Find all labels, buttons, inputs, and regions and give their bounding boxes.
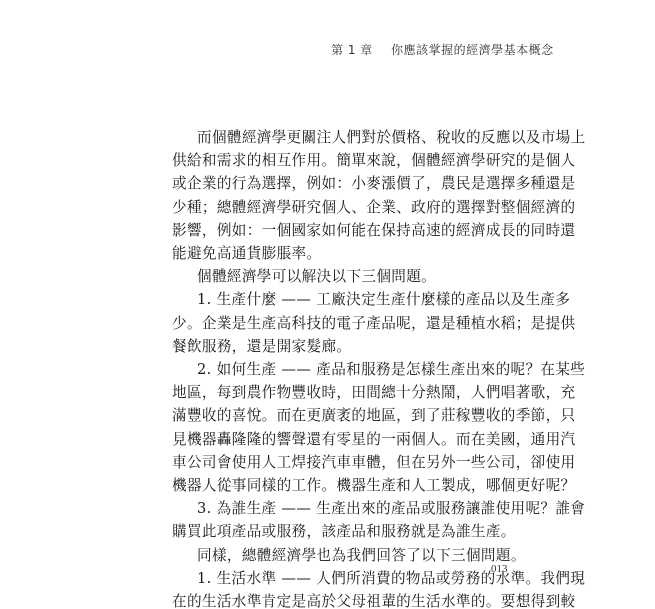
text-line: 2. 如何生產 —— 產品和服務是怎樣生產出來的呢？在某些 [172, 358, 512, 381]
page-number: 013 [491, 563, 508, 575]
text-line: 在的生活水準肯定是高於父母祖輩的生活水準的。要想得到較 [172, 590, 512, 609]
body-text: 而個體經濟學更關注人們對於價格、稅收的反應以及市場上 供給和需求的相互作用。簡單… [172, 126, 512, 609]
chapter-title: 你應該掌握的經濟學基本概念 [391, 43, 554, 57]
text-line: 車公司會使用人工焊接汽車車體，但在另外一些公司，卻使用 [172, 451, 512, 474]
text-line: 而個體經濟學更關注人們對於價格、稅收的反應以及市場上 [172, 126, 512, 149]
text-line: 餐飲服務，還是開家髮廊。 [172, 335, 512, 358]
text-line: 少。企業是生產高科技的電子產品呢，還是種植水稻；是提供 [172, 312, 512, 335]
text-line: 能避免高通貨膨脹率。 [172, 242, 512, 265]
text-line: 見機器轟隆隆的響聲還有零星的一兩個人。而在美國，通用汽 [172, 428, 512, 451]
text-line: 機器人從事同樣的工作。機器生產和人工製成，哪個更好呢？ [172, 474, 512, 497]
text-line: 1. 生產什麼 —— 工廠決定生產什麼樣的產品以及生產多 [172, 288, 512, 311]
text-line: 3. 為誰生產 —— 生產出來的產品或服務讓誰使用呢？誰會 [172, 497, 512, 520]
text-line: 地區，每到農作物豐收時，田間總十分熱鬧，人們唱著歌，充 [172, 381, 512, 404]
text-line: 供給和需求的相互作用。簡單來說，個體經濟學研究的是個人 [172, 149, 512, 172]
text-line: 個體經濟學可以解決以下三個問題。 [172, 265, 512, 288]
text-line: 購買此項產品或服務，該產品和服務就是為誰生產。 [172, 520, 512, 543]
chapter-number: 第 1 章 [331, 43, 373, 57]
text-line: 1. 生活水準 —— 人們所消費的物品或勞務的水準。我們現 [172, 567, 512, 590]
text-line: 滿豐收的喜悅。而在更廣袤的地區，到了莊稼豐收的季節，只 [172, 404, 512, 427]
running-head: 第 1 章 你應該掌握的經濟學基本概念 [331, 41, 554, 58]
text-line: 少種；總體經濟學研究個人、企業、政府的選擇對整個經濟的 [172, 196, 512, 219]
text-line: 同樣，總體經濟學也為我們回答了以下三個問題。 [172, 544, 512, 567]
text-line: 影響，例如：一個國家如何能在保持高速的經濟成長的同時還 [172, 219, 512, 242]
text-line: 或企業的行為選擇，例如：小麥漲價了，農民是選擇多種還是 [172, 172, 512, 195]
